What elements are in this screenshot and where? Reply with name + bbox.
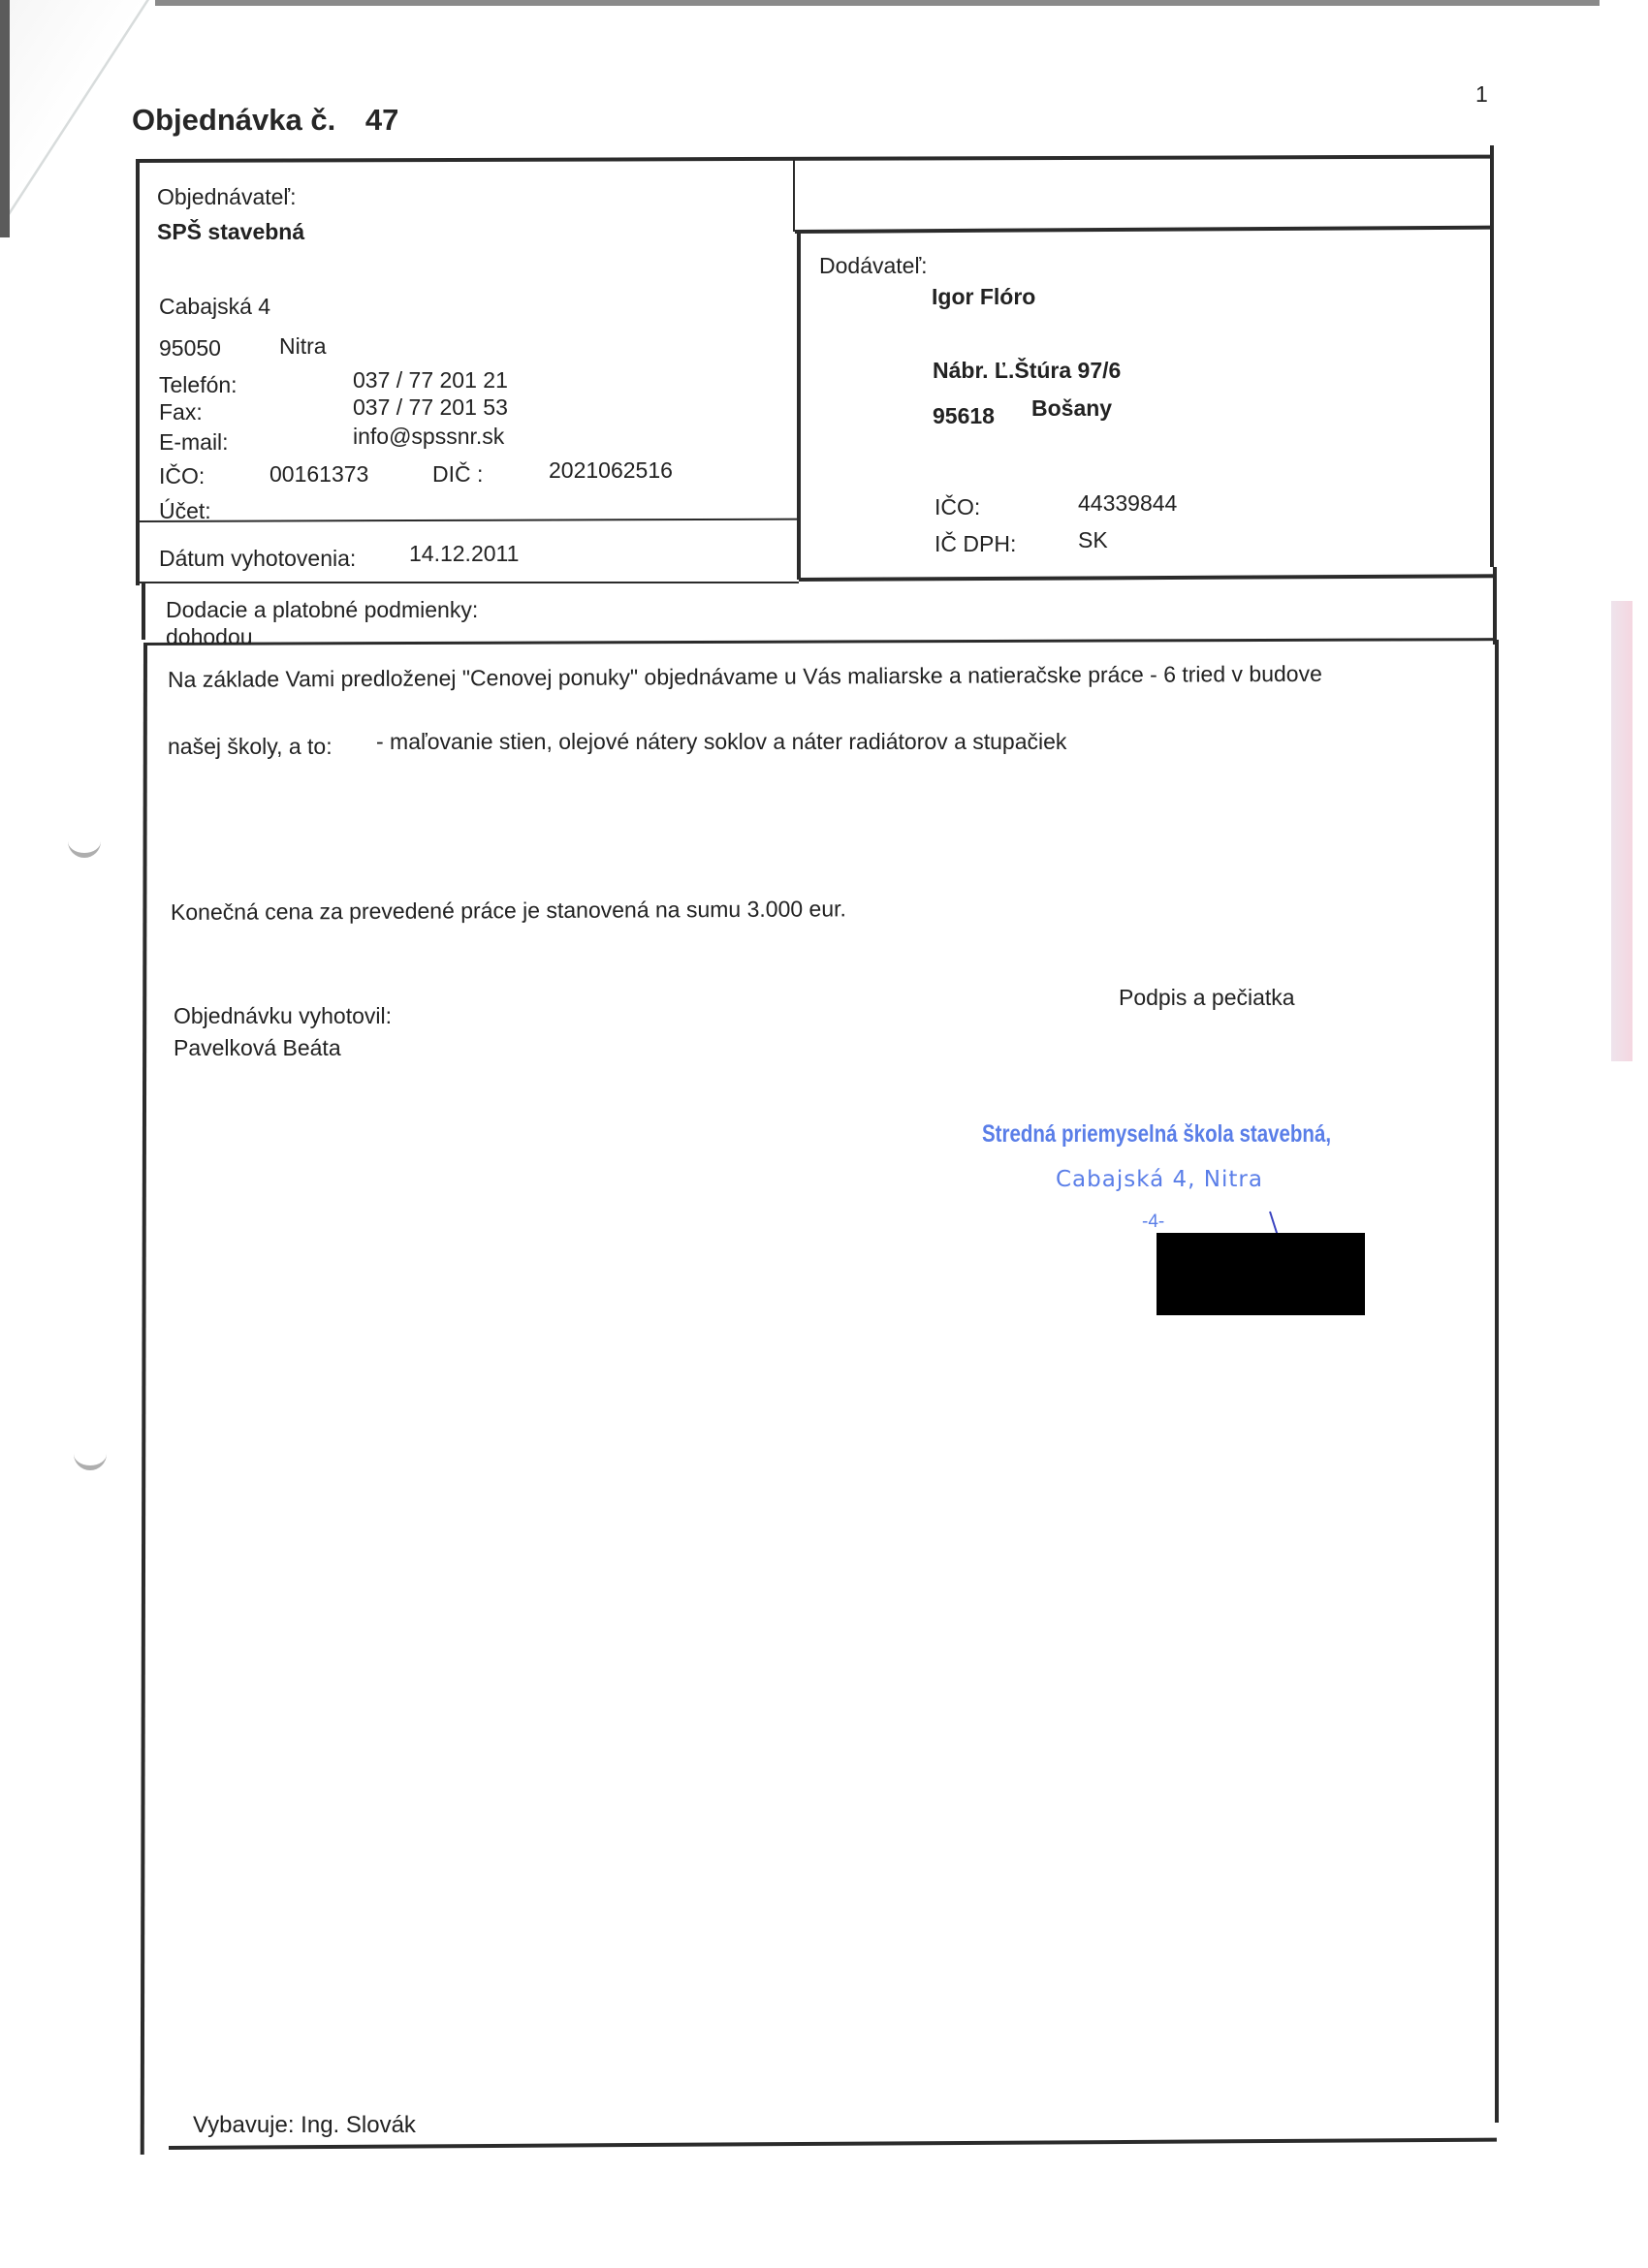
column-divider xyxy=(793,159,795,232)
fax-value: 037 / 77 201 53 xyxy=(353,394,508,421)
page-fold-shadow xyxy=(0,0,187,291)
date-label: Dátum vyhotovenia: xyxy=(159,546,356,572)
supplier-box-bottom xyxy=(799,574,1497,582)
date-value: 14.12.2011 xyxy=(409,541,519,567)
price-statement: Konečná cena za prevedené práce je stano… xyxy=(171,896,846,926)
supplier-icdph-value: SK xyxy=(1078,527,1108,553)
title-label: Objednávka č. xyxy=(132,103,335,137)
scan-top-edge xyxy=(155,0,1600,6)
prepared-by-label: Objednávku vyhotovil: xyxy=(174,1003,392,1029)
terms-right-border xyxy=(1493,567,1497,645)
supplier-ico-value: 44339844 xyxy=(1078,490,1177,517)
orderer-name: SPŠ stavebná xyxy=(157,219,304,245)
scan-color-strip xyxy=(1611,601,1632,1061)
email-label: E-mail: xyxy=(159,429,229,456)
box-right-border-lower xyxy=(1495,640,1499,2123)
punch-hole-mark xyxy=(74,1444,107,1470)
date-bottom-line xyxy=(140,582,799,583)
supplier-box-top xyxy=(795,226,1493,234)
dic-value: 2021062516 xyxy=(549,457,673,484)
terms-left-border xyxy=(142,582,145,640)
punch-hole-mark xyxy=(68,832,101,858)
supplier-zip: 95618 xyxy=(933,403,995,429)
ico-value: 00161373 xyxy=(269,461,368,488)
dic-label: DIČ : xyxy=(432,461,483,488)
ico-label: IČO: xyxy=(159,463,205,489)
order-number: 47 xyxy=(365,103,398,137)
fax-label: Fax: xyxy=(159,399,203,425)
signature-label: Podpis a pečiatka xyxy=(1119,985,1295,1011)
body-line-1: Na základe Vami predloženej "Cenovej pon… xyxy=(168,661,1322,693)
prepared-by-name: Pavelková Beáta xyxy=(174,1035,341,1061)
terms-value: dohodou xyxy=(166,624,253,650)
supplier-icdph-label: IČ DPH: xyxy=(935,531,1016,557)
phone-value: 037 / 77 201 21 xyxy=(353,367,508,394)
page-number: 1 xyxy=(1475,81,1488,108)
supplier-heading: Dodávateľ: xyxy=(819,253,928,279)
supplier-name: Igor Flóro xyxy=(932,284,1035,310)
phone-label: Telefón: xyxy=(159,372,238,398)
terms-bottom-line xyxy=(143,638,1497,646)
supplier-street: Nábr. Ľ.Štúra 97/6 xyxy=(933,358,1121,384)
stamp-line-3: -4- xyxy=(1142,1212,1164,1233)
handled-by: Vybavuje: Ing. Slovák xyxy=(193,2112,416,2139)
orderer-city: Nitra xyxy=(279,333,327,360)
supplier-ico-label: IČO: xyxy=(935,494,980,520)
supplier-city: Bošany xyxy=(1031,395,1112,422)
orderer-zip: 95050 xyxy=(159,335,221,362)
orderer-bottom-line xyxy=(140,519,799,522)
stamp-line-1: Stredná priemyselná škola stavebná, xyxy=(982,1120,1331,1149)
box-right-border-upper xyxy=(1490,145,1494,567)
body-line-2-prefix: našej školy, a to: xyxy=(168,734,333,760)
account-label: Účet: xyxy=(159,498,211,524)
supplier-box-left xyxy=(797,231,801,580)
orderer-street: Cabajská 4 xyxy=(159,294,270,320)
body-line-2-items: - maľovanie stien, olejové nátery soklov… xyxy=(376,729,1066,755)
stamp-line-2: Cabajská 4, Nitra xyxy=(1056,1167,1263,1192)
email-value: info@spssnr.sk xyxy=(353,424,504,450)
terms-label: Dodacie a platobné podmienky: xyxy=(166,597,478,623)
redacted-signature xyxy=(1157,1233,1365,1315)
box-bottom-border xyxy=(169,2138,1497,2150)
box-top-border xyxy=(136,155,1493,163)
page-title: Objednávka č. 47 xyxy=(132,103,398,138)
scan-edge xyxy=(0,0,10,237)
orderer-heading: Objednávateľ: xyxy=(157,184,297,210)
box-left-border-lower xyxy=(141,643,147,2155)
